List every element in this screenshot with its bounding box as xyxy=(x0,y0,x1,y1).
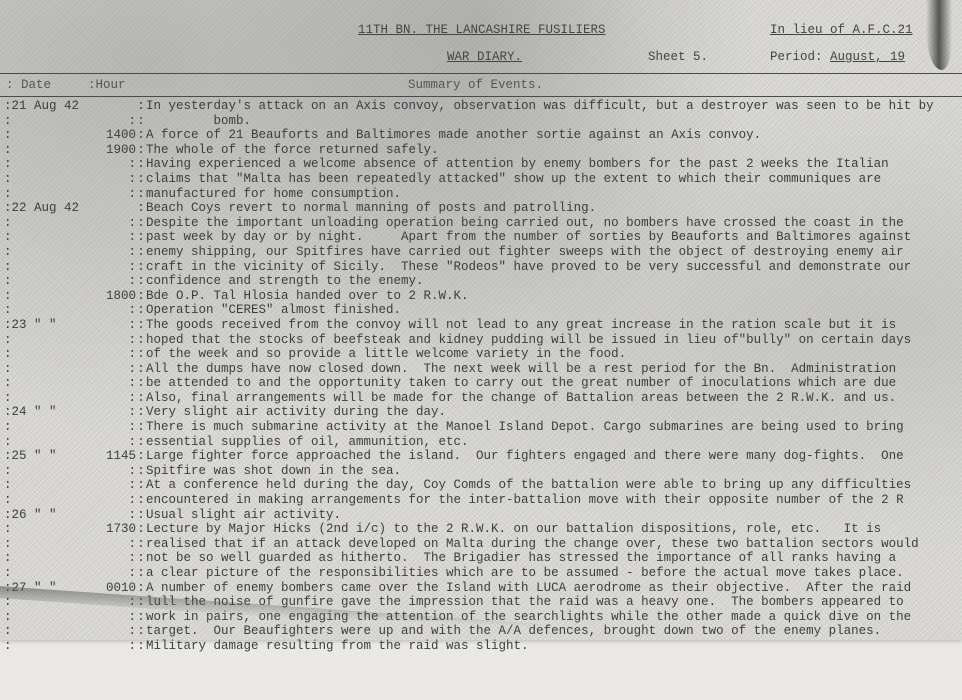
entry-date: : xyxy=(4,274,100,289)
entry-hour: : xyxy=(100,318,136,333)
column-header-date: : Date xyxy=(6,78,51,92)
entry-date: : xyxy=(4,157,100,172)
column-separator: : xyxy=(136,493,146,508)
diary-entry-row: :27 " "0010:A number of enemy bombers ca… xyxy=(4,581,962,596)
entry-text: Military damage resulting from the raid … xyxy=(146,639,962,654)
diary-entry-row: :::claims that "Malta has been repeatedl… xyxy=(4,172,962,187)
header-rule-top xyxy=(0,73,962,74)
header-rule-bottom xyxy=(0,96,962,97)
column-separator: : xyxy=(136,260,146,275)
column-separator: : xyxy=(136,274,146,289)
entry-hour: : xyxy=(100,508,136,523)
diary-entry-row: :::All the dumps have now closed down. T… xyxy=(4,362,962,377)
entry-date: : xyxy=(4,216,100,231)
entry-hour: : xyxy=(100,347,136,362)
entry-text: confidence and strength to the enemy. xyxy=(146,274,962,289)
entry-hour: : xyxy=(100,114,136,129)
column-separator: : xyxy=(136,464,146,479)
entry-text: Bde O.P. Tal Hlosia handed over to 2 R.W… xyxy=(146,289,962,304)
diary-entry-row: :::a clear picture of the responsibiliti… xyxy=(4,566,962,581)
entry-hour: : xyxy=(100,245,136,260)
entry-date: : xyxy=(4,114,100,129)
column-separator: : xyxy=(136,187,146,202)
entry-text: past week by day or by night. Apart from… xyxy=(146,230,962,245)
entry-date: :21 Aug 42 xyxy=(4,99,100,114)
entry-text: Having experienced a welcome absence of … xyxy=(146,157,962,172)
entry-date: : xyxy=(4,303,100,318)
entry-text: Large fighter force approached the islan… xyxy=(146,449,962,464)
column-separator: : xyxy=(136,522,146,537)
column-separator: : xyxy=(136,449,146,464)
diary-entry-row: :26 " "::Usual slight air activity. xyxy=(4,508,962,523)
entry-text: At a conference held during the day, Coy… xyxy=(146,478,962,493)
war-diary-page: 11TH BN. THE LANCASHIRE FUSILIERS WAR DI… xyxy=(0,0,962,640)
diary-entry-row: :::hoped that the stocks of beefsteak an… xyxy=(4,333,962,348)
entry-text: Very slight air activity during the day. xyxy=(146,405,962,420)
entry-text: A number of enemy bombers came over the … xyxy=(146,581,962,596)
column-separator: : xyxy=(136,537,146,552)
entry-hour: 1145 xyxy=(100,449,136,464)
entry-date: :26 " " xyxy=(4,508,100,523)
entry-text: Beach Coys revert to normal manning of p… xyxy=(146,201,962,216)
entry-hour xyxy=(100,201,136,216)
column-separator: : xyxy=(136,478,146,493)
entry-hour: : xyxy=(100,230,136,245)
column-separator: : xyxy=(136,99,146,114)
entry-text: manufactured for home consumption. xyxy=(146,187,962,202)
column-separator: : xyxy=(136,566,146,581)
entry-text: Lecture by Major Hicks (2nd i/c) to the … xyxy=(146,522,962,537)
entry-text: Also, final arrangements will be made fo… xyxy=(146,391,962,406)
diary-entry-row: :::Military damage resulting from the ra… xyxy=(4,639,962,654)
entry-date: : xyxy=(4,333,100,348)
entry-date: :23 " " xyxy=(4,318,100,333)
entry-hour xyxy=(100,99,136,114)
entry-text: The whole of the force returned safely. xyxy=(146,143,962,158)
entry-date: : xyxy=(4,639,100,654)
entry-date: :25 " " xyxy=(4,449,100,464)
entry-hour: : xyxy=(100,303,136,318)
diary-entry-row: :::Spitfire was shot down in the sea. xyxy=(4,464,962,479)
diary-entry-row: :::not be so well guarded as hitherto. T… xyxy=(4,551,962,566)
column-separator: : xyxy=(136,289,146,304)
entry-text: be attended to and the opportunity taken… xyxy=(146,376,962,391)
entry-hour: : xyxy=(100,478,136,493)
entry-date: : xyxy=(4,624,100,639)
diary-entry-row: :1900:The whole of the force returned sa… xyxy=(4,143,962,158)
diary-entry-row: :::craft in the vicinity of Sicily. Thes… xyxy=(4,260,962,275)
column-separator: : xyxy=(136,610,146,625)
entry-date: : xyxy=(4,566,100,581)
entry-date: : xyxy=(4,260,100,275)
entry-text: realised that if an attack developed on … xyxy=(146,537,962,552)
diary-entry-row: :::At a conference held during the day, … xyxy=(4,478,962,493)
unit-title: 11TH BN. THE LANCASHIRE FUSILIERS xyxy=(358,23,606,37)
entry-text: The goods received from the convoy will … xyxy=(146,318,962,333)
diary-entry-row: :::essential supplies of oil, ammunition… xyxy=(4,435,962,450)
entry-hour: : xyxy=(100,493,136,508)
diary-entry-row: :::There is much submarine activity at t… xyxy=(4,420,962,435)
column-separator: : xyxy=(136,420,146,435)
column-separator: : xyxy=(136,201,146,216)
entry-text: a clear picture of the responsibilities … xyxy=(146,566,962,581)
entry-text: craft in the vicinity of Sicily. These "… xyxy=(146,260,962,275)
diary-entry-row: :22 Aug 42:Beach Coys revert to normal m… xyxy=(4,201,962,216)
entry-text: bomb. xyxy=(146,114,962,129)
column-separator: : xyxy=(136,639,146,654)
column-separator: : xyxy=(136,551,146,566)
entry-text: enemy shipping, our Spitfires have carri… xyxy=(146,245,962,260)
entry-hour: : xyxy=(100,157,136,172)
entry-hour: : xyxy=(100,566,136,581)
entry-date: : xyxy=(4,128,100,143)
column-separator: : xyxy=(136,405,146,420)
column-separator: : xyxy=(136,318,146,333)
entry-date: : xyxy=(4,143,100,158)
column-separator: : xyxy=(136,391,146,406)
diary-entry-row: :24 " "::Very slight air activity during… xyxy=(4,405,962,420)
diary-entry-row: :::of the week and so provide a little w… xyxy=(4,347,962,362)
entry-date: : xyxy=(4,376,100,391)
entry-hour: : xyxy=(100,274,136,289)
entry-text: Spitfire was shot down in the sea. xyxy=(146,464,962,479)
diary-entry-row: :::be attended to and the opportunity ta… xyxy=(4,376,962,391)
entry-hour: : xyxy=(100,187,136,202)
diary-entries: :21 Aug 42:In yesterday's attack on an A… xyxy=(4,99,962,654)
entry-text: claims that "Malta has been repeatedly a… xyxy=(146,172,962,187)
form-reference: In lieu of A.F.C.21 xyxy=(770,23,913,37)
column-header-hour: :Hour xyxy=(88,78,126,92)
entry-date: : xyxy=(4,245,100,260)
entry-text: A force of 21 Beauforts and Baltimores m… xyxy=(146,128,962,143)
entry-hour: : xyxy=(100,260,136,275)
column-separator: : xyxy=(136,376,146,391)
entry-hour: : xyxy=(100,405,136,420)
entry-hour: : xyxy=(100,435,136,450)
entry-hour: 1400 xyxy=(100,128,136,143)
entry-hour: : xyxy=(100,333,136,348)
entry-text: Despite the important unloading operatio… xyxy=(146,216,962,231)
entry-date: : xyxy=(4,610,100,625)
entry-text: Operation "CERES" almost finished. xyxy=(146,303,962,318)
entry-date: : xyxy=(4,537,100,552)
diary-title: WAR DIARY. xyxy=(447,50,522,64)
entry-hour: 1730 xyxy=(100,522,136,537)
column-separator: : xyxy=(136,143,146,158)
column-separator: : xyxy=(136,245,146,260)
entry-date: : xyxy=(4,551,100,566)
entry-hour: : xyxy=(100,420,136,435)
column-separator: : xyxy=(136,303,146,318)
column-separator: : xyxy=(136,128,146,143)
page-fold-shadow xyxy=(926,0,952,70)
diary-entry-row: :1400:A force of 21 Beauforts and Baltim… xyxy=(4,128,962,143)
column-separator: : xyxy=(136,508,146,523)
entry-hour: : xyxy=(100,376,136,391)
diary-entry-row: :::confidence and strength to the enemy. xyxy=(4,274,962,289)
diary-entry-row: :::Having experienced a welcome absence … xyxy=(4,157,962,172)
entry-date: : xyxy=(4,391,100,406)
entry-hour: : xyxy=(100,391,136,406)
diary-entry-row: :1730:Lecture by Major Hicks (2nd i/c) t… xyxy=(4,522,962,537)
diary-entry-row: :::encountered in making arrangements fo… xyxy=(4,493,962,508)
entry-text: target. Our Beaufighters were up and wit… xyxy=(146,624,962,639)
entry-date: : xyxy=(4,464,100,479)
entry-text: All the dumps have now closed down. The … xyxy=(146,362,962,377)
diary-entry-row: :::realised that if an attack developed … xyxy=(4,537,962,552)
entry-text: of the week and so provide a little welc… xyxy=(146,347,962,362)
entry-date: :24 " " xyxy=(4,405,100,420)
entry-text: encountered in making arrangements for t… xyxy=(146,493,962,508)
entry-date: : xyxy=(4,362,100,377)
diary-entry-row: :::enemy shipping, our Spitfires have ca… xyxy=(4,245,962,260)
entry-text: There is much submarine activity at the … xyxy=(146,420,962,435)
diary-entry-row: :1800:Bde O.P. Tal Hlosia handed over to… xyxy=(4,289,962,304)
entry-hour: : xyxy=(100,639,136,654)
diary-entry-row: :::Operation "CERES" almost finished. xyxy=(4,303,962,318)
entry-text: hoped that the stocks of beefsteak and k… xyxy=(146,333,962,348)
column-separator: : xyxy=(136,157,146,172)
diary-entry-row: :::Despite the important unloading opera… xyxy=(4,216,962,231)
diary-entry-row: :::Also, final arrangements will be made… xyxy=(4,391,962,406)
diary-entry-row: :25 " "1145:Large fighter force approach… xyxy=(4,449,962,464)
sheet-number: Sheet 5. xyxy=(648,50,708,64)
entry-date: : xyxy=(4,289,100,304)
entry-text: not be so well guarded as hitherto. The … xyxy=(146,551,962,566)
column-header-summary: Summary of Events. xyxy=(408,78,543,92)
entry-date: : xyxy=(4,478,100,493)
period-label: Period: xyxy=(770,50,823,64)
entry-text: In yesterday's attack on an Axis convoy,… xyxy=(146,99,962,114)
column-separator: : xyxy=(136,216,146,231)
entry-date: : xyxy=(4,435,100,450)
period: Period: August, 19 xyxy=(770,50,905,64)
period-value: August, 19 xyxy=(830,50,905,64)
entry-text: essential supplies of oil, ammunition, e… xyxy=(146,435,962,450)
entry-date: : xyxy=(4,347,100,362)
entry-date: : xyxy=(4,522,100,537)
entry-hour: : xyxy=(100,537,136,552)
entry-hour: : xyxy=(100,551,136,566)
entry-text: Usual slight air activity. xyxy=(146,508,962,523)
entry-date: : xyxy=(4,172,100,187)
entry-date: : xyxy=(4,493,100,508)
column-separator: : xyxy=(136,230,146,245)
column-separator: : xyxy=(136,333,146,348)
column-separator: : xyxy=(136,114,146,129)
diary-entry-row: :::past week by day or by night. Apart f… xyxy=(4,230,962,245)
diary-entry-row: :21 Aug 42:In yesterday's attack on an A… xyxy=(4,99,962,114)
diary-entry-row: ::: bomb. xyxy=(4,114,962,129)
column-separator: : xyxy=(136,624,146,639)
entry-date: : xyxy=(4,420,100,435)
entry-date: : xyxy=(4,230,100,245)
entry-date: :22 Aug 42 xyxy=(4,201,100,216)
column-separator: : xyxy=(136,172,146,187)
diary-entry-row: :23 " "::The goods received from the con… xyxy=(4,318,962,333)
column-separator: : xyxy=(136,362,146,377)
column-separator: : xyxy=(136,435,146,450)
diary-entry-row: :::manufactured for home consumption. xyxy=(4,187,962,202)
column-separator: : xyxy=(136,347,146,362)
entry-date: : xyxy=(4,187,100,202)
entry-hour: 1900 xyxy=(100,143,136,158)
entry-hour: : xyxy=(100,216,136,231)
entry-hour: : xyxy=(100,624,136,639)
entry-hour: : xyxy=(100,172,136,187)
entry-hour: : xyxy=(100,362,136,377)
entry-hour: : xyxy=(100,464,136,479)
entry-hour: : xyxy=(100,610,136,625)
entry-hour: 1800 xyxy=(100,289,136,304)
column-separator: : xyxy=(136,581,146,596)
